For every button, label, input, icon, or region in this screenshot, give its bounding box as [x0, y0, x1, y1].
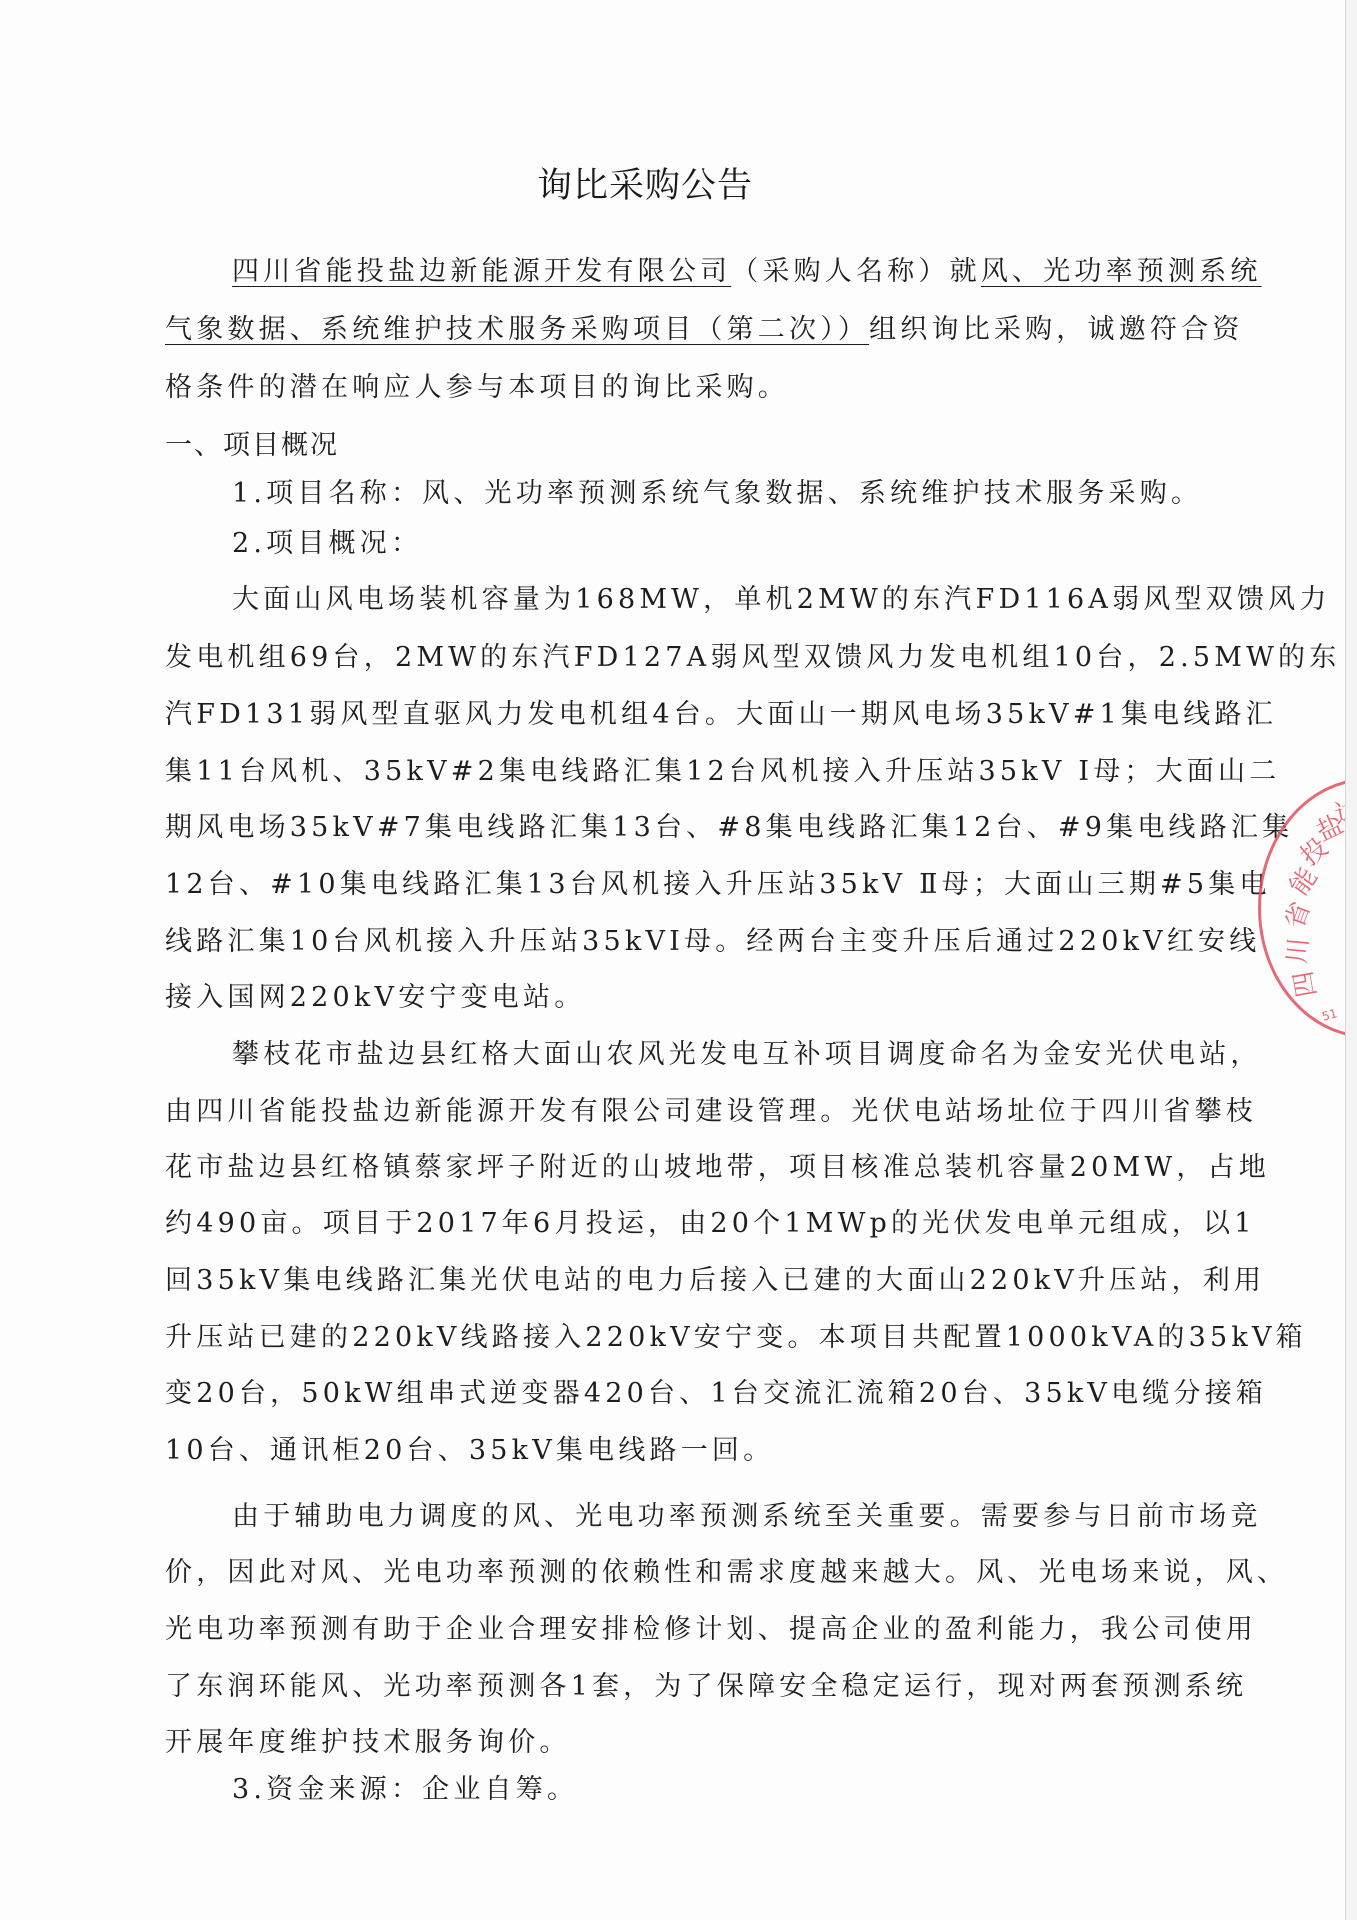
solar-para-line: 花市盐边县红格镇蔡家坪子附近的山坡地带，项目核准总装机容量20MW，占地 [165, 1148, 1125, 1188]
solar-para-line: 约490亩。项目于2017年6月投运，由20个1MWp的光伏发电单元组成，以1 [165, 1204, 1125, 1244]
purchaser-name: 四川省能投盐边新能源开发有限公司 [232, 256, 731, 287]
solar-para-line: 回35kV集电线路汇集光伏电站的电力后接入已建的大面山220kV升压站，利用 [165, 1261, 1125, 1301]
wind-para-line: 接入国网220kV安宁变电站。 [165, 978, 1125, 1018]
wind-para-line: 线路汇集10台风机接入升压站35kVⅠ母。经两台主变升压后通过220kV红安线 [165, 922, 1125, 962]
project-name-part1: 风、光功率预测系统 [981, 256, 1262, 287]
intro-line-2: 气象数据、系统维护技术服务采购项目（第二次））组织询比采购，诚邀符合资 [165, 310, 1125, 350]
item-3-funding-source: 3.资金来源：企业自筹。 [232, 1770, 1192, 1810]
project-name-part2: 气象数据、系统维护技术服务采购项目（第二次）） [165, 314, 869, 345]
document-title: 询比采购公告 [0, 158, 1290, 208]
intro-line-3: 格条件的潜在响应人参与本项目的询比采购。 [165, 368, 1125, 408]
reason-para-line: 由于辅助电力调度的风、光电功率预测系统至关重要。需要参与日前市场竞 [232, 1497, 1192, 1537]
intro-line-1: 四川省能投盐边新能源开发有限公司（采购人名称）就风、光功率预测系统 [232, 252, 1192, 292]
wind-para-line: 汽FD131弱风型直驱风力发电机组4台。大面山一期风电场35kV#1集电线路汇 [165, 695, 1125, 735]
reason-para-line: 价，因此对风、光电功率预测的依赖性和需求度越来越大。风、光电场来说，风、 [165, 1553, 1125, 1593]
item-2-project-overview: 2.项目概况： [232, 524, 1192, 564]
wind-para-line: 期风电场35kV#7集电线路汇集13台、#8集电线路汇集12台、#9集电线路汇集 [165, 808, 1125, 848]
page-edge [1346, 0, 1357, 1920]
solar-para-line: 10台、通讯柜20台、35kV集电线路一回。 [165, 1431, 1125, 1471]
intro-text: 组织询比采购，诚邀符合资 [869, 314, 1243, 345]
item-1-project-name: 1.项目名称：风、光功率预测系统气象数据、系统维护技术服务采购。 [232, 474, 1192, 514]
wind-para-line: 12台、#10集电线路汇集13台风机接入升压站35kV Ⅱ母；大面山三期#5集电 [165, 865, 1125, 905]
section-heading: 一、项目概况 [165, 426, 1125, 466]
reason-para-line: 开展年度维护技术服务询价。 [165, 1723, 1125, 1763]
wind-para-line: 集11台风机、35kV#2集电线路汇集12台风机接入升压站35kV Ⅰ母；大面山… [165, 752, 1125, 792]
reason-para-line: 了东润环能风、光功率预测各1套，为了保障安全稳定运行，现对两套预测系统 [165, 1667, 1125, 1707]
solar-para-line: 由四川省能投盐边新能源开发有限公司建设管理。光伏电站场址位于四川省攀枝 [165, 1092, 1125, 1132]
intro-text: （采购人名称）就 [731, 256, 981, 287]
wind-para-line: 大面山风电场装机容量为168MW，单机2MW的东汽FD116A弱风型双馈风力 [232, 580, 1192, 620]
reason-para-line: 光电功率预测有助于企业合理安排检修计划、提高企业的盈利能力，我公司使用 [165, 1610, 1125, 1650]
solar-para-line: 变20台，50kW组串式逆变器420台、1台交流汇流箱20台、35kV电缆分接箱 [165, 1374, 1125, 1414]
solar-para-line: 攀枝花市盐边县红格大面山农风光发电互补项目调度命名为金安光伏电站， [232, 1035, 1192, 1075]
wind-para-line: 发电机组69台，2MW的东汽FD127A弱风型双馈风力发电机组10台，2.5MW… [165, 638, 1125, 678]
solar-para-line: 升压站已建的220kV线路接入220kV安宁变。本项目共配置1000kVA的35… [165, 1318, 1125, 1358]
